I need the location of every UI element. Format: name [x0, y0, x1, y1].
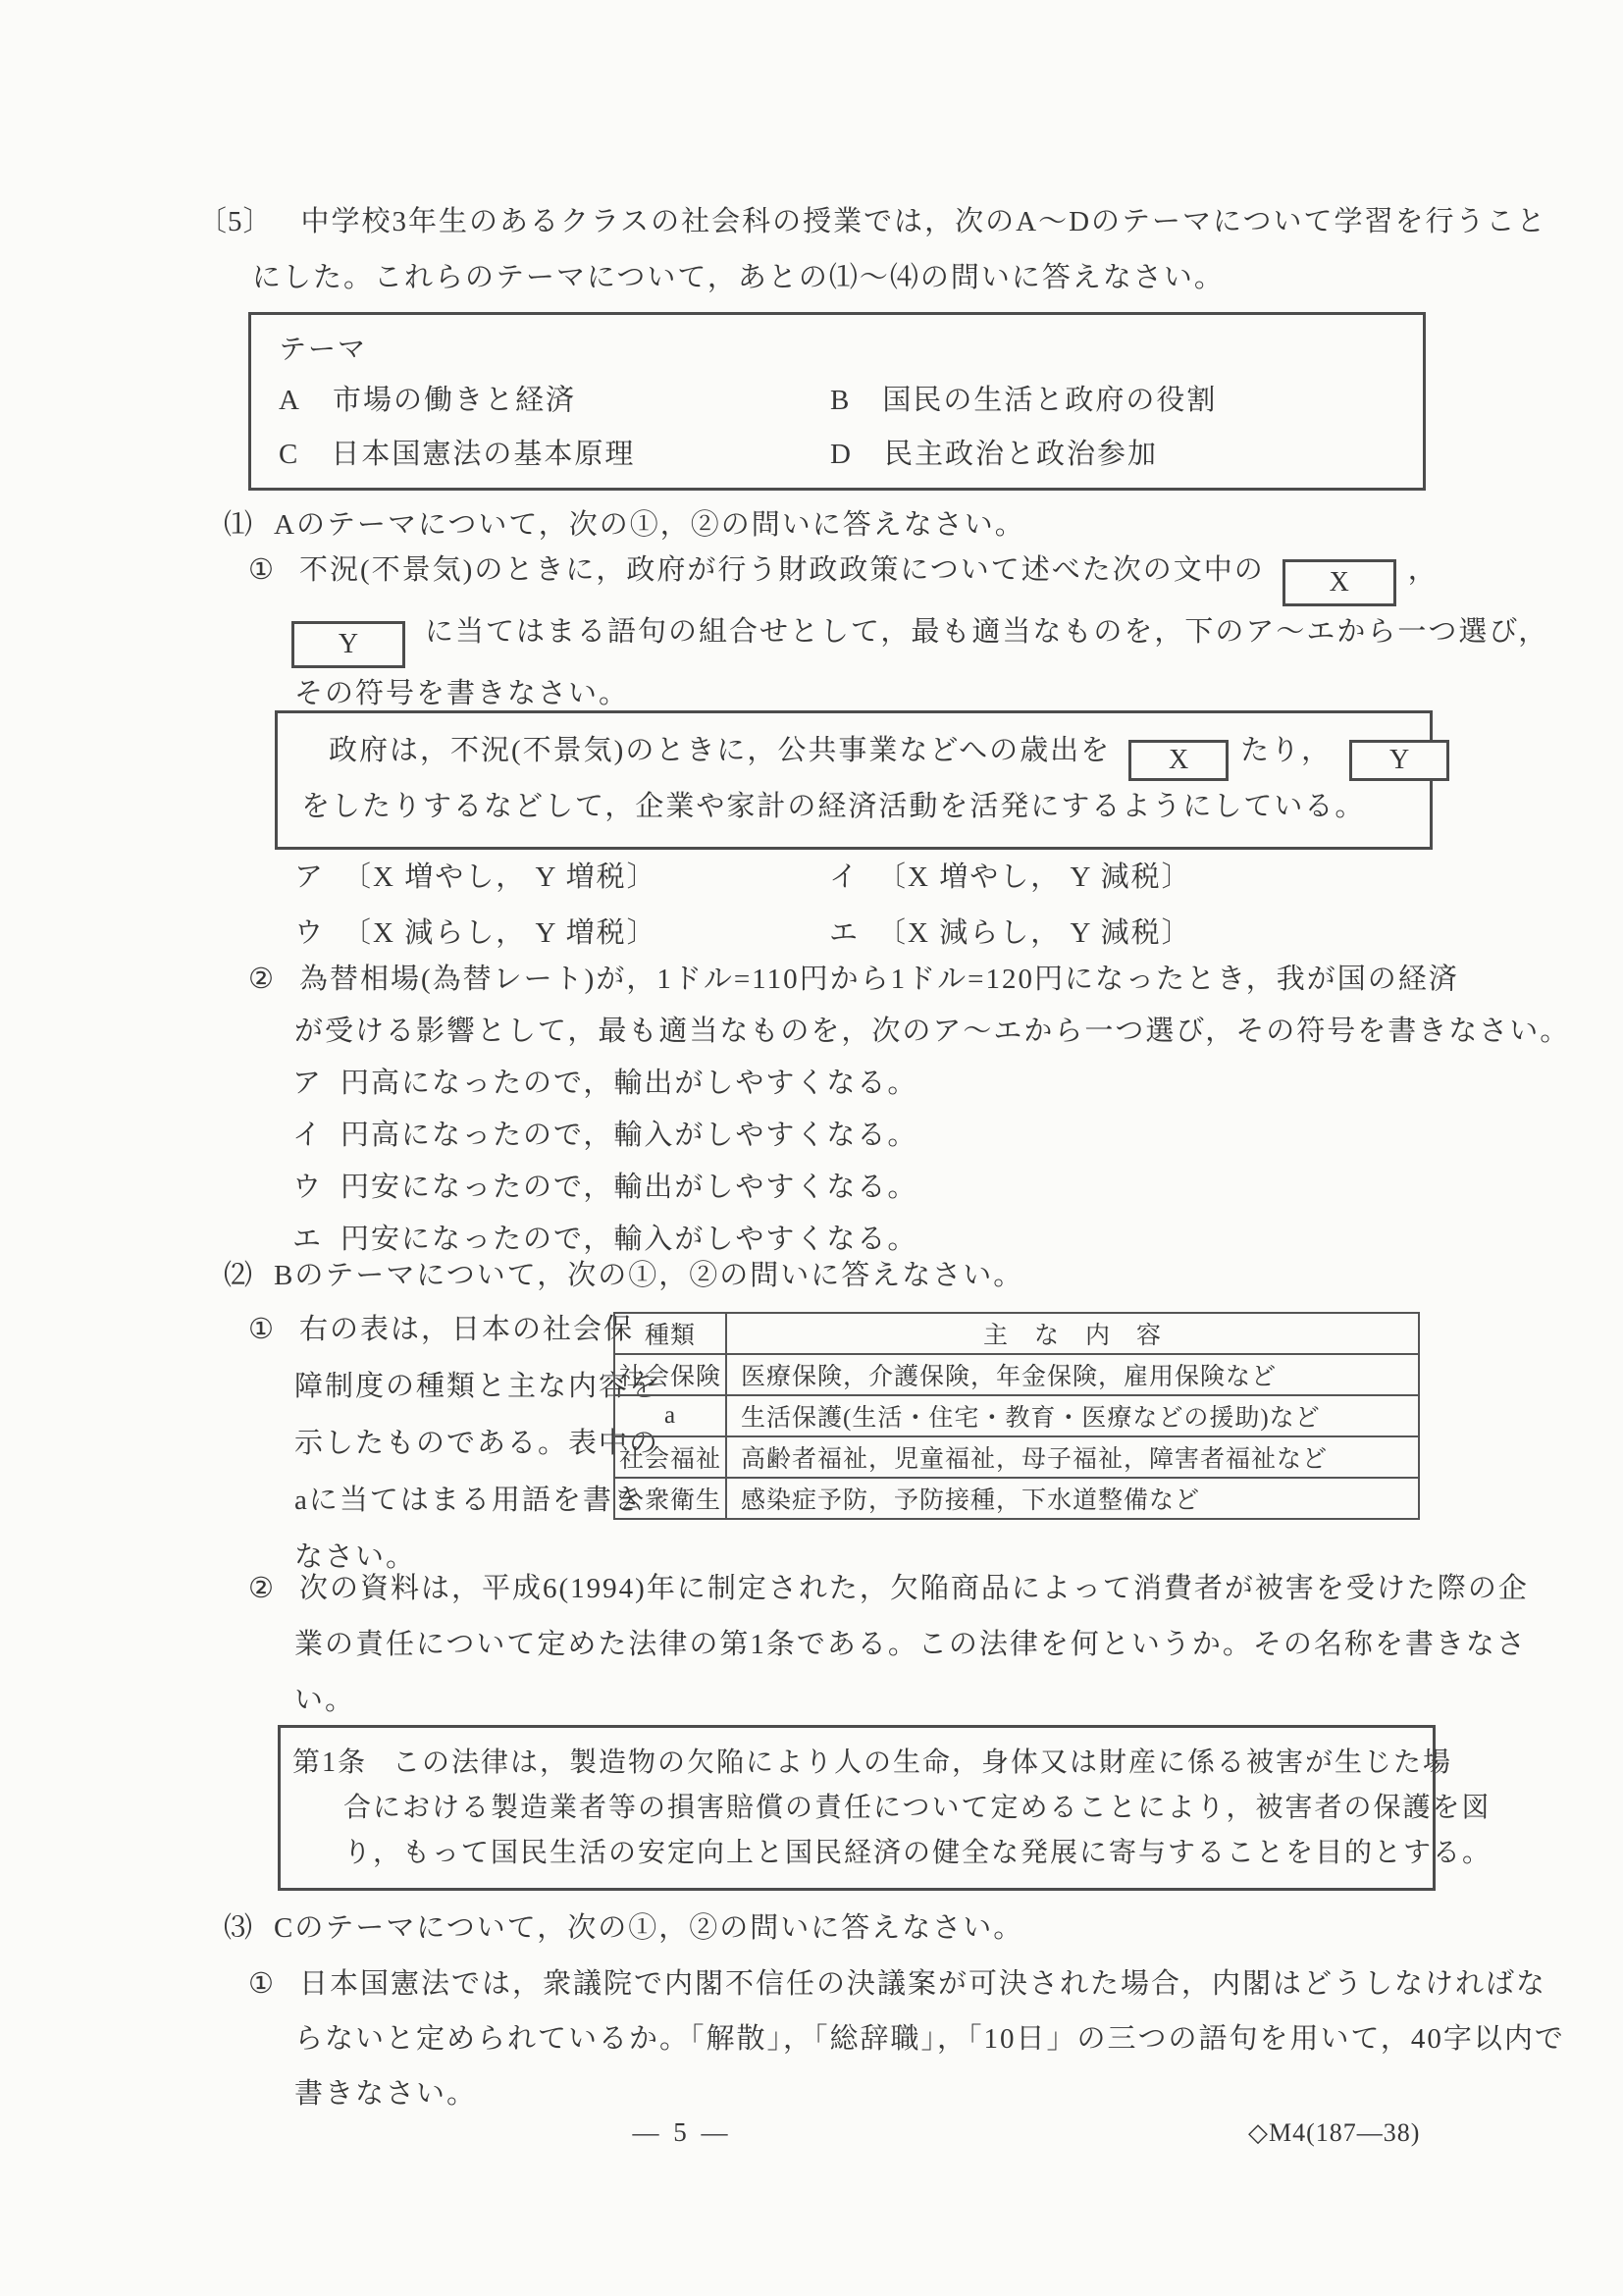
policy-quote-box: 政府は，不況(不景気)のときに，公共事業などへの歳出をXたり，Y をしたりするな…: [275, 710, 1433, 850]
table-header-content: 主 な 内 容: [726, 1313, 1419, 1354]
q1-s1-option-i: イ〔X 増やし， Y 減税〕: [829, 850, 1192, 906]
intro-line-1: 〔5〕中学校3年生のあるクラスの社会科の授業では，次のA～Dのテーマについて学習…: [198, 194, 1546, 250]
table-cell-type-1: 社会保険: [614, 1354, 726, 1395]
q1-s2-line1-text: 為替相場(為替レート)が，1ドル=110円から1ドル=120円になったとき，我が…: [299, 964, 1459, 995]
x-blank-box: X: [1283, 559, 1396, 606]
table-cell-desc-2: 生活保護(生活・住宅・教育・医療などの援助)など: [726, 1395, 1419, 1436]
law-line1-text: この法律は，製造物の欠陥により人の生命，身体又は財産に係る被害が生じた場: [393, 1748, 1452, 1778]
q1-s2-option-u: ウ円安になったので，輸出がしやすくなる。: [292, 1162, 1570, 1214]
q1-heading: Aのテーマについて，次の①，②の問いに答えなさい。: [274, 509, 1025, 541]
table-cell-type-2: a: [614, 1395, 726, 1436]
q1-s2-marker: ②: [248, 964, 276, 995]
q3-s1-line1: ①日本国憲法では，衆議院で内閣不信任の決議案が可決された場合，内閣はどうしなけれ…: [248, 1957, 1565, 2011]
law-line-1: 第1条この法律は，製造物の欠陥により人の生命，身体又は財産に係る被害が生じた場: [292, 1741, 1413, 1786]
intro-text-1: 中学校3年生のあるクラスの社会科の授業では，次のA～Dのテーマについて学習を行う…: [301, 206, 1547, 237]
q1-s1-line1: ①不況(不景気)のときに，政府が行う財政政策について述べた次の文中のX，: [248, 545, 1548, 606]
law-article-box: 第1条この法律は，製造物の欠陥により人の生命，身体又は財産に係る被害が生じた場 …: [278, 1725, 1436, 1891]
table-cell-desc-4: 感染症予防，予防接種，下水道整備など: [726, 1478, 1419, 1519]
quote-line1-text: 政府は，不況(不景気)のときに，公共事業などへの歳出を: [329, 735, 1111, 766]
page-number: — 5 —: [0, 2106, 1364, 2160]
theme-item-c: C日本国憲法の基本原理: [279, 428, 830, 482]
q2-s1-question: ①右の表は，日本の社会保 障制度の種類と主な内容を 示したものである。表中の a…: [248, 1301, 659, 1586]
problem-intro: 〔5〕中学校3年生のあるクラスの社会科の授業では，次のA～Dのテーマについて学習…: [198, 194, 1546, 306]
q1-s2-line1: ②為替相場(為替レート)が，1ドル=110円から1ドル=120円になったとき，我…: [248, 954, 1570, 1006]
table-cell-desc-1: 医療保険，介護保険，年金保険，雇用保険など: [726, 1354, 1419, 1395]
quote-x-blank-box: X: [1128, 740, 1229, 781]
q1-s1-option-u-key: ウ: [294, 917, 325, 949]
q1-label: ⑴: [224, 509, 254, 541]
theme-key-b: B: [830, 385, 851, 416]
q1-s2-option-i-key: イ: [292, 1120, 323, 1151]
q1-s1-option-u-text: 〔X 減らし， Y 増税〕: [342, 917, 657, 949]
table-cell-type-3: 社会福祉: [614, 1436, 726, 1478]
q1-s1-line1-text: 不況(不景気)のときに，政府が行う財政政策について述べた次の文中の: [299, 554, 1265, 586]
problem-number: 〔5〕: [198, 206, 273, 237]
table-row: 公衆衛生 感染症予防，予防接種，下水道整備など: [614, 1478, 1419, 1519]
q2-heading-row: ⑵Bのテーマについて，次の①，②の問いに答えなさい。: [224, 1248, 1023, 1304]
q1-s2-question: ②為替相場(為替レート)が，1ドル=110円から1ドル=120円になったとき，我…: [248, 954, 1570, 1266]
theme-key-c: C: [279, 439, 299, 470]
q3-heading-row: ⑶Cのテーマについて，次の①，②の問いに答えなさい。: [224, 1901, 1023, 1957]
q1-s1-option-i-key: イ: [829, 861, 860, 893]
q1-s1-line2: Yに当てはまる語句の組合せとして，最も適当なものを，下のア～エから一つ選び，: [291, 606, 1548, 668]
q1-s1-question: ①不況(不景気)のときに，政府が行う財政政策について述べた次の文中のX， Yに当…: [248, 545, 1548, 720]
theme-row-1: A市場の働きと経済 B国民の生活と政府の役割: [279, 374, 1395, 428]
q2-s1-line4: aに当てはまる用語を書き: [294, 1472, 659, 1529]
q1-s1-option-a: ア〔X 増やし， Y 増税〕: [294, 850, 829, 906]
q1-s1-option-a-key: ア: [294, 861, 325, 893]
q1-s2-option-i: イ円高になったので，輸入がしやすくなる。: [292, 1110, 1570, 1162]
quote-y-blank-box: Y: [1349, 740, 1449, 781]
law-line-2: 合における製造業者等の損害賠償の責任について定めることにより，被害者の保護を図: [343, 1786, 1413, 1831]
table-row: 社会保険 医療保険，介護保険，年金保険，雇用保険など: [614, 1354, 1419, 1395]
theme-box: テーマ A市場の働きと経済 B国民の生活と政府の役割 C日本国憲法の基本原理 D…: [248, 312, 1426, 491]
q3-s1-line1-text: 日本国憲法では，衆議院で内閣不信任の決議案が可決された場合，内閣はどうしなければ…: [299, 1968, 1546, 2000]
q2-s2-question: ②次の資料は，平成6(1994)年に制定された，欠陥商品によって消費者が被害を受…: [248, 1561, 1529, 1729]
theme-box-title: テーマ: [279, 327, 1395, 374]
table-cell-desc-3: 高齢者福祉，児童福祉，母子福祉，障害者福祉など: [726, 1436, 1419, 1478]
q1-s1-options: ア〔X 増やし， Y 増税〕 イ〔X 増やし， Y 減税〕 ウ〔X 減らし， Y…: [294, 850, 1192, 962]
q2-s2-line3: い。: [294, 1673, 1529, 1729]
law-line-3: り，もって国民生活の安定向上と国民経済の健全な発展に寄与することを目的とする。: [343, 1831, 1413, 1876]
q3-label: ⑶: [224, 1912, 254, 1944]
exam-scan-page: 〔5〕中学校3年生のあるクラスの社会科の授業では，次のA～Dのテーマについて学習…: [0, 0, 1623, 2296]
theme-text-b: 国民の生活と政府の役割: [882, 385, 1217, 416]
q3-s1-question: ①日本国憲法では，衆議院で内閣不信任の決議案が可決された場合，内閣はどうしなけれ…: [248, 1957, 1565, 2121]
q1-s2-option-a-key: ア: [292, 1068, 323, 1099]
q1-s1-option-e-key: エ: [829, 917, 860, 949]
q2-s2-line1-text: 次の資料は，平成6(1994)年に制定された，欠陥商品によって消費者が被害を受け…: [299, 1573, 1529, 1604]
y-blank-box: Y: [291, 621, 405, 668]
q2-s2-marker: ②: [248, 1573, 276, 1604]
footer-doc-code-row: ◇M4(187—38): [1248, 2106, 1420, 2160]
theme-item-b: B国民の生活と政府の役割: [830, 374, 1217, 428]
quote-line-2: をしたりするなどして，企業や家計の経済活動を活発にするようにしている。: [301, 781, 1406, 833]
theme-text-d: 民主政治と政治参加: [884, 439, 1158, 470]
theme-key-d: D: [830, 439, 853, 470]
q1-s1-marker: ①: [248, 554, 276, 586]
q1-s2-option-u-key: ウ: [292, 1172, 323, 1203]
q1-s1-option-i-text: 〔X 増やし， Y 減税〕: [877, 861, 1192, 893]
welfare-table: 種類 主 な 内 容 社会保険 医療保険，介護保険，年金保険，雇用保険など a …: [613, 1312, 1420, 1520]
q1-s1-option-e-text: 〔X 減らし， Y 減税〕: [877, 917, 1192, 949]
q1-s2-line2: が受ける影響として，最も適当なものを，次のア～エから一つ選び，その符号を書きなさ…: [294, 1006, 1570, 1058]
q2-s1-marker: ①: [248, 1314, 276, 1345]
q1-s2-option-i-text: 円高になったので，輸入がしやすくなる。: [340, 1120, 917, 1151]
q1-s2-option-a-text: 円高になったので，輸出がしやすくなる。: [340, 1068, 917, 1099]
theme-text-c: 日本国憲法の基本原理: [331, 439, 635, 470]
quote-line1-mid: たり，: [1240, 735, 1332, 766]
q2-s1-line2: 障制度の種類と主な内容を: [294, 1358, 659, 1415]
table-row: 社会福祉 高齢者福祉，児童福祉，母子福祉，障害者福祉など: [614, 1436, 1419, 1478]
doc-code: ◇M4(187—38): [1248, 2106, 1420, 2160]
q1-s1-line2-text: に当てはまる語句の組合せとして，最も適当なものを，下のア～エから一つ選び，: [425, 616, 1548, 648]
table-cell-type-4: 公衆衛生: [614, 1478, 726, 1519]
q3-s1-line2: らないと定められているか。「解散」，「総辞職」，「10日」の三つの語句を用いて，…: [294, 2011, 1565, 2066]
theme-row-2: C日本国憲法の基本原理 D民主政治と政治参加: [279, 428, 1395, 482]
footer-page-number-row: — 5 —: [0, 2106, 1364, 2160]
q2-label: ⑵: [224, 1260, 254, 1291]
q2-s2-line1: ②次の資料は，平成6(1994)年に制定された，欠陥商品によって消費者が被害を受…: [248, 1561, 1529, 1617]
q1-s1-option-a-text: 〔X 増やし， Y 増税〕: [342, 861, 657, 893]
table-row: a 生活保護(生活・住宅・教育・医療などの援助)など: [614, 1395, 1419, 1436]
quote-line-1: 政府は，不況(不景気)のときに，公共事業などへの歳出をXたり，Y: [301, 725, 1406, 781]
theme-item-a: A市場の働きと経済: [279, 374, 830, 428]
theme-item-d: D民主政治と政治参加: [830, 428, 1158, 482]
q2-s1-line1-text: 右の表は，日本の社会保: [299, 1314, 634, 1345]
q3-s1-marker: ①: [248, 1968, 276, 2000]
theme-text-a: 市場の働きと経済: [333, 385, 576, 416]
table-header-type: 種類: [614, 1313, 726, 1354]
table-header-row: 種類 主 な 内 容: [614, 1313, 1419, 1354]
q2-s1-line1: ①右の表は，日本の社会保: [248, 1301, 659, 1358]
q2-heading: Bのテーマについて，次の①，②の問いに答えなさい。: [274, 1260, 1023, 1291]
q3-heading: Cのテーマについて，次の①，②の問いに答えなさい。: [274, 1912, 1023, 1944]
theme-key-a: A: [279, 385, 301, 416]
q2-s2-line2: 業の責任について定めた法律の第1条である。この法律を何というか。その名称を書きな…: [294, 1617, 1529, 1673]
q1-s2-option-u-text: 円安になったので，輸出がしやすくなる。: [340, 1172, 917, 1203]
q1-s2-option-a: ア円高になったので，輸出がしやすくなる。: [292, 1058, 1570, 1110]
q2-s1-line3: 示したものである。表中の: [294, 1415, 659, 1472]
law-article-label: 第1条: [292, 1748, 367, 1778]
q1-s1-line1-after: ，: [1408, 554, 1439, 586]
intro-line-2: にした。これらのテーマについて，あとの⑴～⑷の問いに答えなさい。: [252, 250, 1546, 306]
